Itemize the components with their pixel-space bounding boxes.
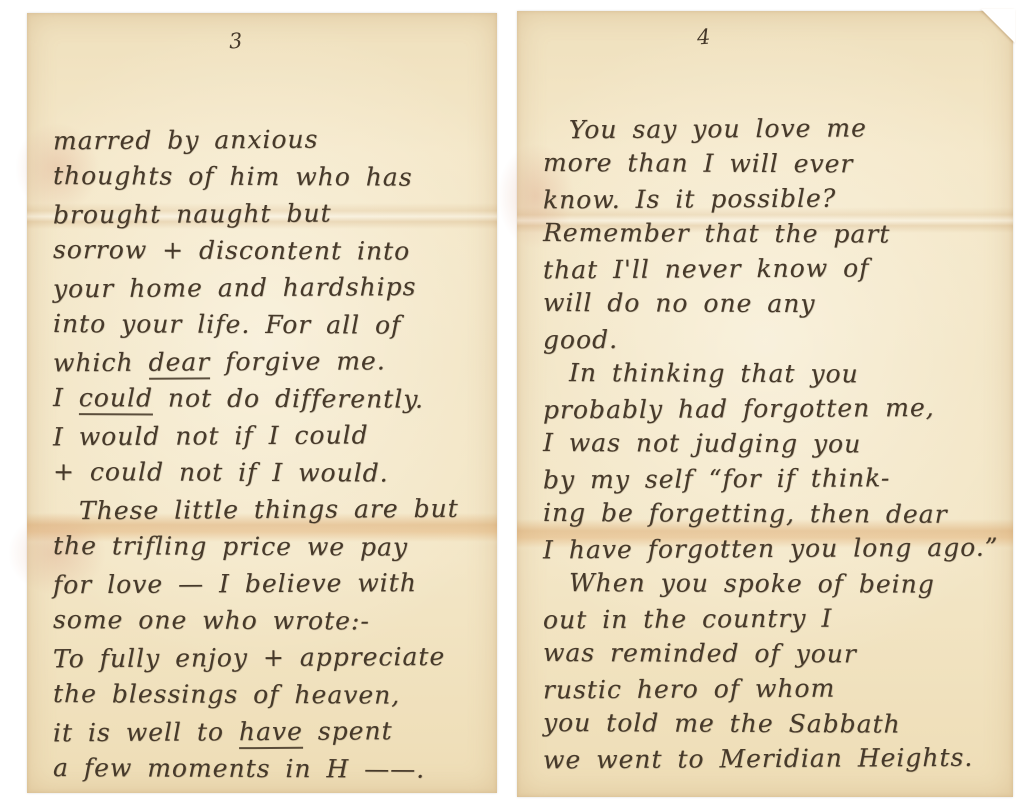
handwritten-line: These little things are but (53, 490, 485, 530)
handwritten-line: rustic hero of whom (543, 670, 1001, 708)
handwritten-line: know. Is it possible? (543, 180, 1001, 218)
handwritten-line: by my self “for if think- (543, 460, 1001, 498)
handwritten-line: that I'll never know of (543, 250, 1001, 288)
folded-corner (981, 9, 1015, 43)
handwritten-line: + could not if I would. (53, 453, 485, 492)
handwritten-line: good. (543, 320, 1001, 358)
handwritten-line: I have forgotten you long ago.” (543, 530, 1001, 568)
handwritten-line: probably had forgotten me, (543, 390, 1001, 428)
underlined-word: could (79, 383, 153, 415)
handwriting-lines: You say you love memore than I will ever… (543, 111, 1001, 776)
handwritten-line: more than I will ever (543, 145, 1001, 182)
handwritten-line: will do no one any (543, 285, 1001, 322)
handwritten-line: I would not if I could (53, 416, 485, 456)
letter-page-4: 4 You say you love memore than I will ev… (517, 11, 1013, 797)
handwritten-line: You say you love me (543, 110, 1001, 148)
handwritten-line: brought naught but (53, 194, 485, 234)
letter-page-3: 3 marred by anxiousthoughts of him who h… (27, 13, 497, 793)
handwritten-line: a few moments in H ——. (53, 749, 485, 788)
handwritten-line: your home and hardships (53, 268, 485, 308)
handwritten-line: some one who wrote:- (53, 601, 485, 640)
handwritten-line: sorrow + discontent into (53, 231, 485, 270)
handwritten-line: you told me the Sabbath (543, 705, 1001, 742)
handwritten-line: it is well to have spent (53, 712, 485, 752)
handwriting-lines: marred by anxiousthoughts of him who has… (53, 121, 485, 787)
handwritten-line: In thinking that you (543, 355, 1001, 392)
handwritten-line: Remember that the part (543, 215, 1001, 252)
handwritten-line: ing be forgetting, then dear (543, 495, 1001, 532)
handwritten-line: the blessings of heaven, (53, 675, 485, 714)
underlined-word: dear (148, 347, 210, 379)
handwritten-line: was reminded of your (543, 635, 1001, 672)
handwritten-line: When you spoke of being (543, 565, 1001, 602)
scan-background: 3 marred by anxiousthoughts of him who h… (0, 0, 1024, 807)
handwritten-line: for love — I believe with (53, 564, 485, 604)
handwritten-line: I could not do differently. (53, 379, 485, 418)
page-number: 3 (228, 29, 244, 54)
handwritten-line: we went to Meridian Heights. (543, 740, 1001, 778)
handwritten-line: out in the country I (543, 600, 1001, 638)
handwritten-line: the trifling price we pay (53, 527, 485, 566)
handwritten-line: I was not judging you (543, 425, 1001, 462)
handwritten-line: into your life. For all of (53, 305, 485, 344)
handwritten-line: which dear forgive me. (53, 342, 485, 382)
underlined-word: have (239, 717, 303, 749)
page-number: 4 (696, 25, 712, 50)
handwritten-line: To fully enjoy + appreciate (53, 638, 485, 678)
handwritten-line: marred by anxious (53, 120, 485, 160)
handwritten-line: thoughts of him who has (53, 157, 485, 196)
